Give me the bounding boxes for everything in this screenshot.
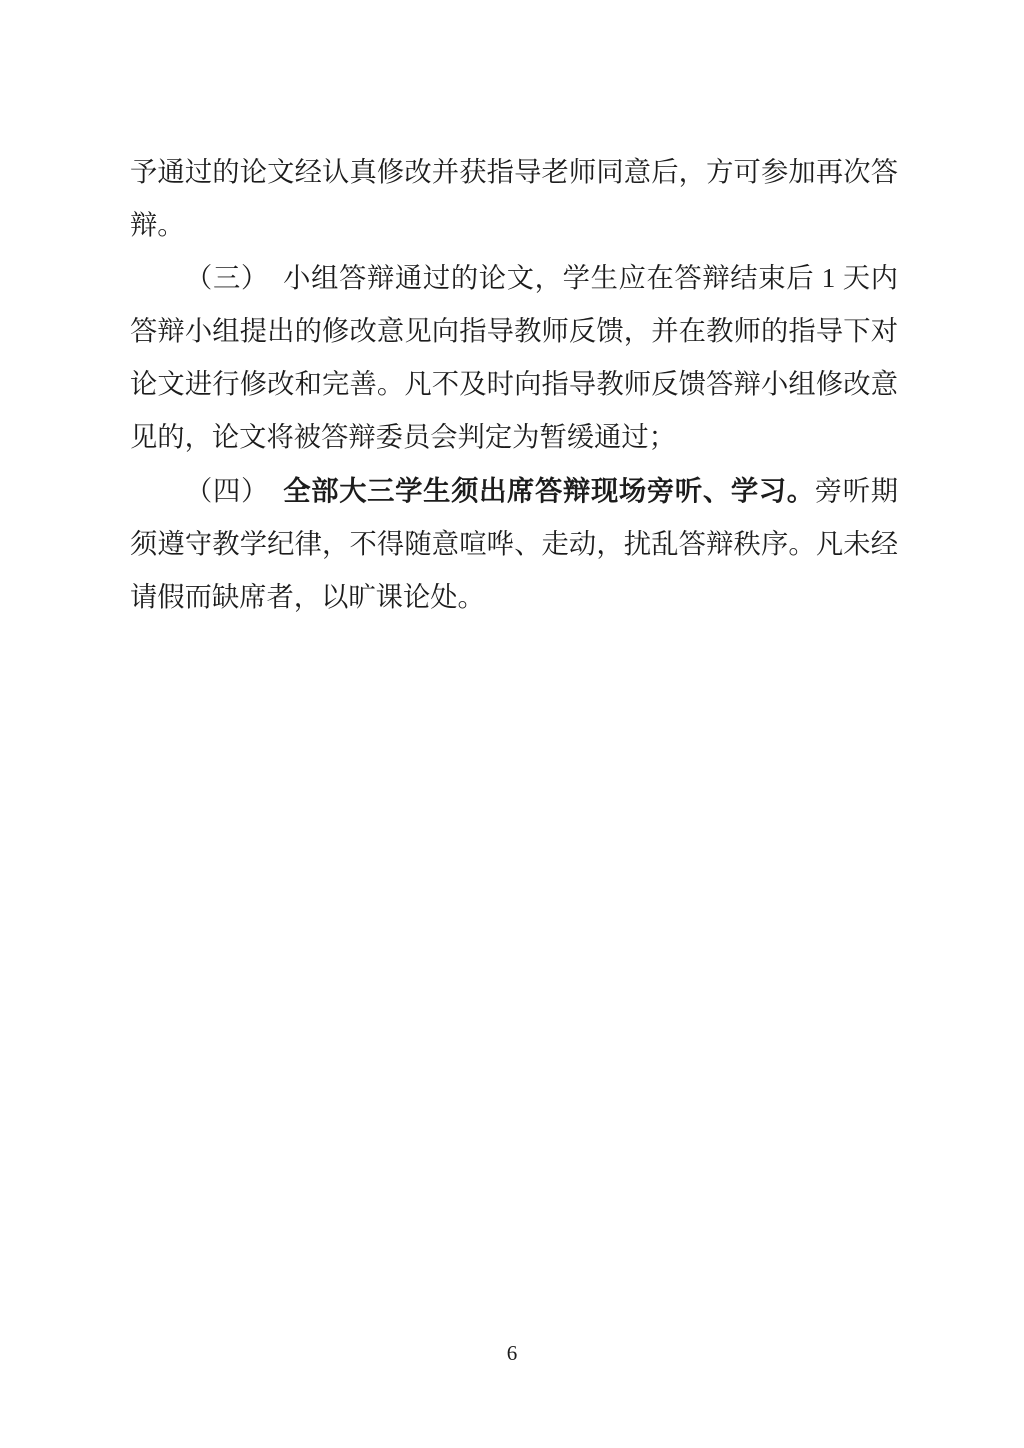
text-line: 辩。 bbox=[130, 199, 898, 252]
paragraph-item-3: （三） 小组答辩通过的论文，学生应在答辩结束后 1 天内将 答辩小组提出的修改意… bbox=[130, 252, 898, 464]
text-line: 答辩小组提出的修改意见向指导教师反馈，并在教师的指导下对 bbox=[130, 305, 898, 358]
text-line: （四） 全部大三学生须出席答辩现场旁听、学习。旁听期间 bbox=[130, 465, 898, 518]
text-line: 见的，论文将被答辩委员会判定为暂缓通过； bbox=[130, 411, 898, 464]
page-number: 6 bbox=[507, 1341, 518, 1365]
document-body: 予通过的论文经认真修改并获指导老师同意后，方可参加再次答 辩。 （三） 小组答辩… bbox=[130, 146, 898, 624]
document-page: 予通过的论文经认真修改并获指导老师同意后，方可参加再次答 辩。 （三） 小组答辩… bbox=[0, 0, 1024, 1448]
text-line: 请假而缺席者，以旷课论处。 bbox=[130, 571, 898, 624]
list-item-marker: （四） bbox=[185, 476, 283, 506]
text-line: 予通过的论文经认真修改并获指导老师同意后，方可参加再次答 bbox=[130, 146, 898, 199]
page-footer: 6 bbox=[0, 1338, 1024, 1368]
text-line: 须遵守教学纪律，不得随意喧哗、走动，扰乱答辩秩序。凡未经 bbox=[130, 518, 898, 571]
emphasized-text: 全部大三学生须出席答辩现场旁听、学习。 bbox=[283, 476, 815, 506]
paragraph-item-4: （四） 全部大三学生须出席答辩现场旁听、学习。旁听期间 须遵守教学纪律，不得随意… bbox=[130, 465, 898, 624]
text-line: （三） 小组答辩通过的论文，学生应在答辩结束后 1 天内将 bbox=[130, 252, 898, 305]
text-line: 论文进行修改和完善。凡不及时向指导教师反馈答辩小组修改意 bbox=[130, 358, 898, 411]
paragraph-continuation: 予通过的论文经认真修改并获指导老师同意后，方可参加再次答 辩。 bbox=[130, 146, 898, 252]
